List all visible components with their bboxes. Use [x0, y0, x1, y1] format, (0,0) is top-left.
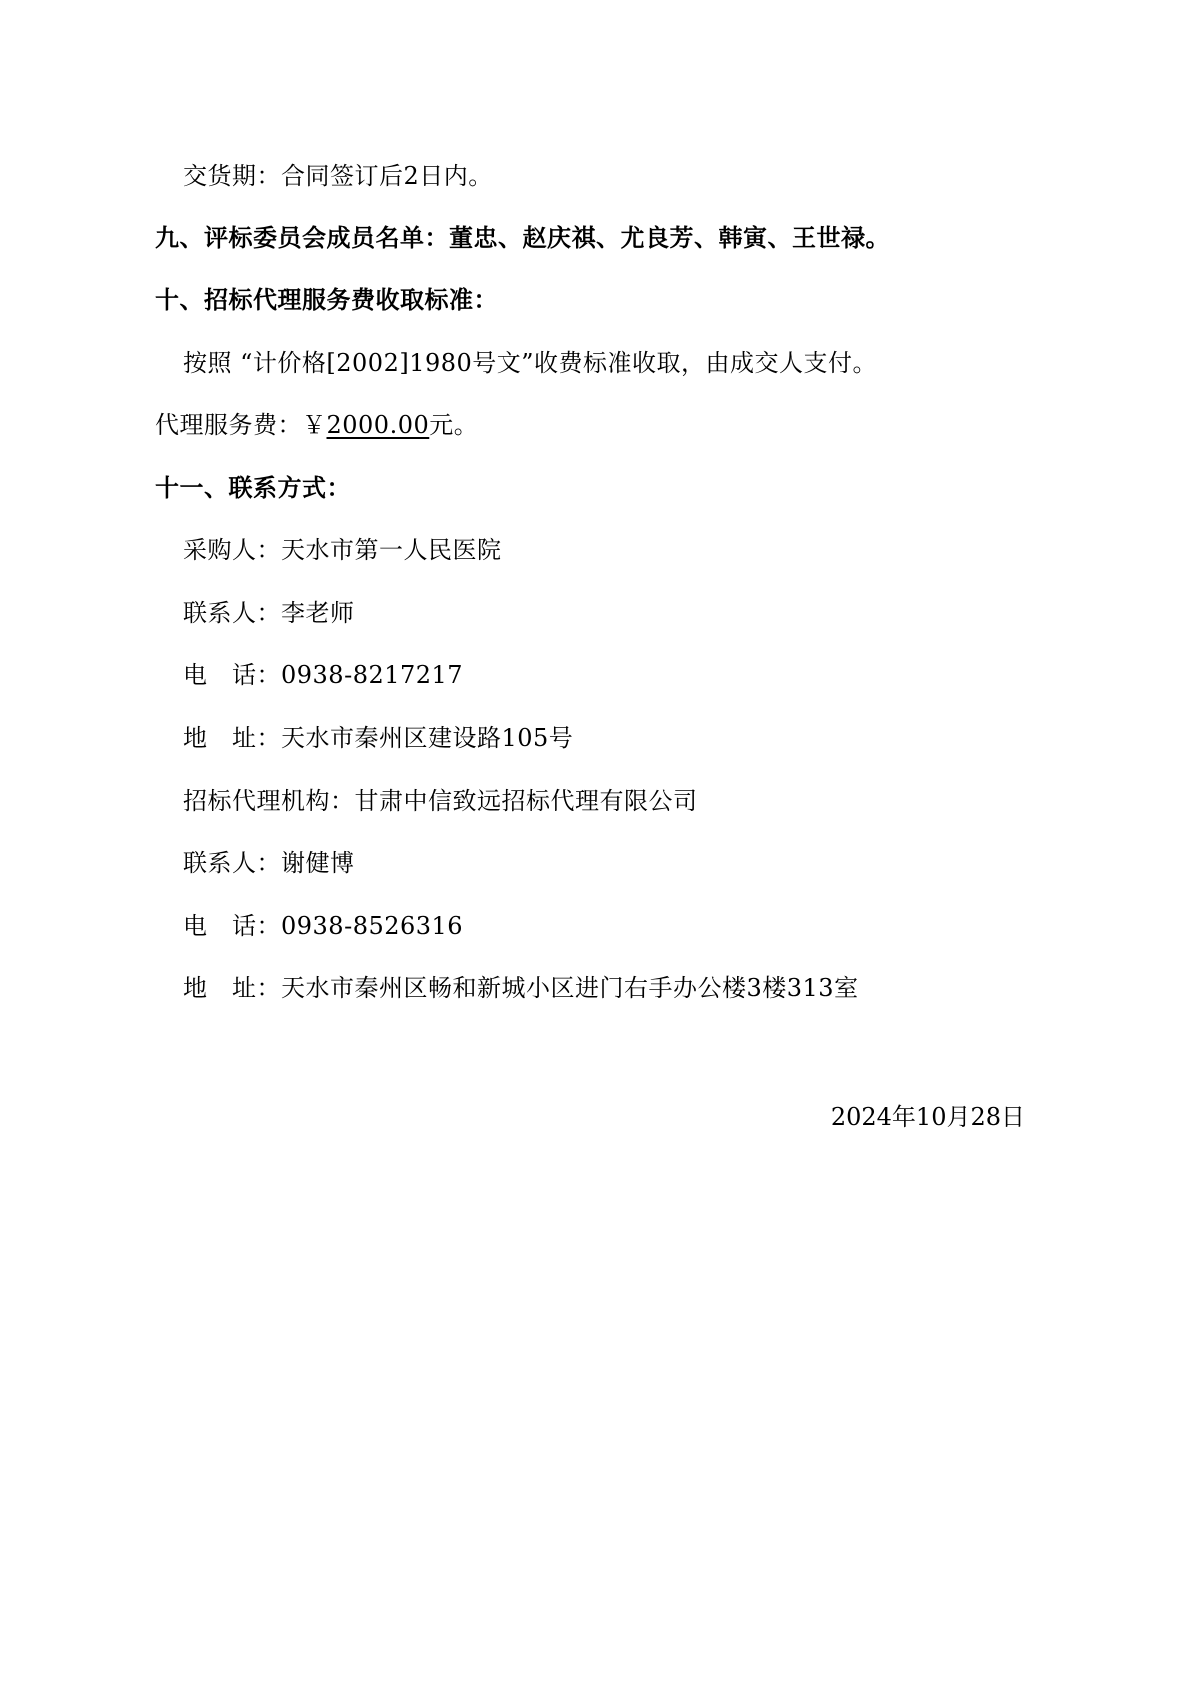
agency-line: 招标代理机构：甘肃中信致远招标代理有限公司	[183, 785, 698, 817]
section11-title: 十一、联系方式：	[155, 472, 351, 504]
agency-contact-value: 谢健博	[281, 849, 355, 877]
agency-value: 甘肃中信致远招标代理有限公司	[355, 787, 698, 815]
purchaser-address-line: 地 址：天水市秦州区建设路105号	[183, 722, 573, 754]
purchaser-contact-value: 李老师	[281, 599, 355, 627]
agency-address-line: 地 址：天水市秦州区畅和新城小区进门右手办公楼3楼313室	[183, 972, 859, 1004]
agency-address-value: 天水市秦州区畅和新城小区进门右手办公楼3楼313室	[281, 974, 859, 1002]
fee-line: 代理服务费：￥2000.00元。	[155, 409, 478, 441]
section10-title: 十、招标代理服务费收取标准：	[155, 284, 498, 316]
agency-phone-value: 0938-8526316	[281, 912, 463, 940]
purchaser-label: 采购人：	[183, 536, 281, 564]
delivery-label: 交货期：	[183, 162, 281, 190]
delivery-line: 交货期：合同签订后2日内。	[183, 160, 493, 192]
agency-address-label: 地 址：	[183, 974, 281, 1002]
agency-contact-line: 联系人：谢健博	[183, 847, 355, 879]
purchaser-phone-label: 电 话：	[183, 661, 281, 689]
purchaser-phone-line: 电 话：0938-8217217	[183, 659, 463, 691]
document-date: 2024年10月28日	[831, 1101, 1025, 1133]
fee-amount: 2000.00	[327, 411, 430, 439]
agency-phone-line: 电 话：0938-8526316	[183, 910, 463, 942]
agency-label: 招标代理机构：	[183, 787, 355, 815]
purchaser-contact-label: 联系人：	[183, 599, 281, 627]
purchaser-address-value: 天水市秦州区建设路105号	[281, 724, 573, 752]
purchaser-contact-line: 联系人：李老师	[183, 597, 355, 629]
agency-contact-label: 联系人：	[183, 849, 281, 877]
section9-line: 九、评标委员会成员名单：董忠、赵庆祺、尤良芳、韩寅、王世禄。	[155, 222, 890, 254]
purchaser-address-label: 地 址：	[183, 724, 281, 752]
fee-suffix: 元。	[429, 411, 478, 439]
fee-label: 代理服务费：￥	[155, 411, 327, 439]
purchaser-value: 天水市第一人民医院	[281, 536, 502, 564]
section9-title: 九、评标委员会成员名单：	[155, 224, 449, 252]
fee-basis: 按照 “计价格[2002]1980号文”收费标准收取，由成交人支付。	[183, 347, 877, 379]
agency-phone-label: 电 话：	[183, 912, 281, 940]
purchaser-phone-value: 0938-8217217	[281, 661, 463, 689]
delivery-value: 合同签订后2日内。	[281, 162, 493, 190]
purchaser-line: 采购人：天水市第一人民医院	[183, 534, 502, 566]
committee-members: 董忠、赵庆祺、尤良芳、韩寅、王世禄。	[449, 224, 890, 252]
